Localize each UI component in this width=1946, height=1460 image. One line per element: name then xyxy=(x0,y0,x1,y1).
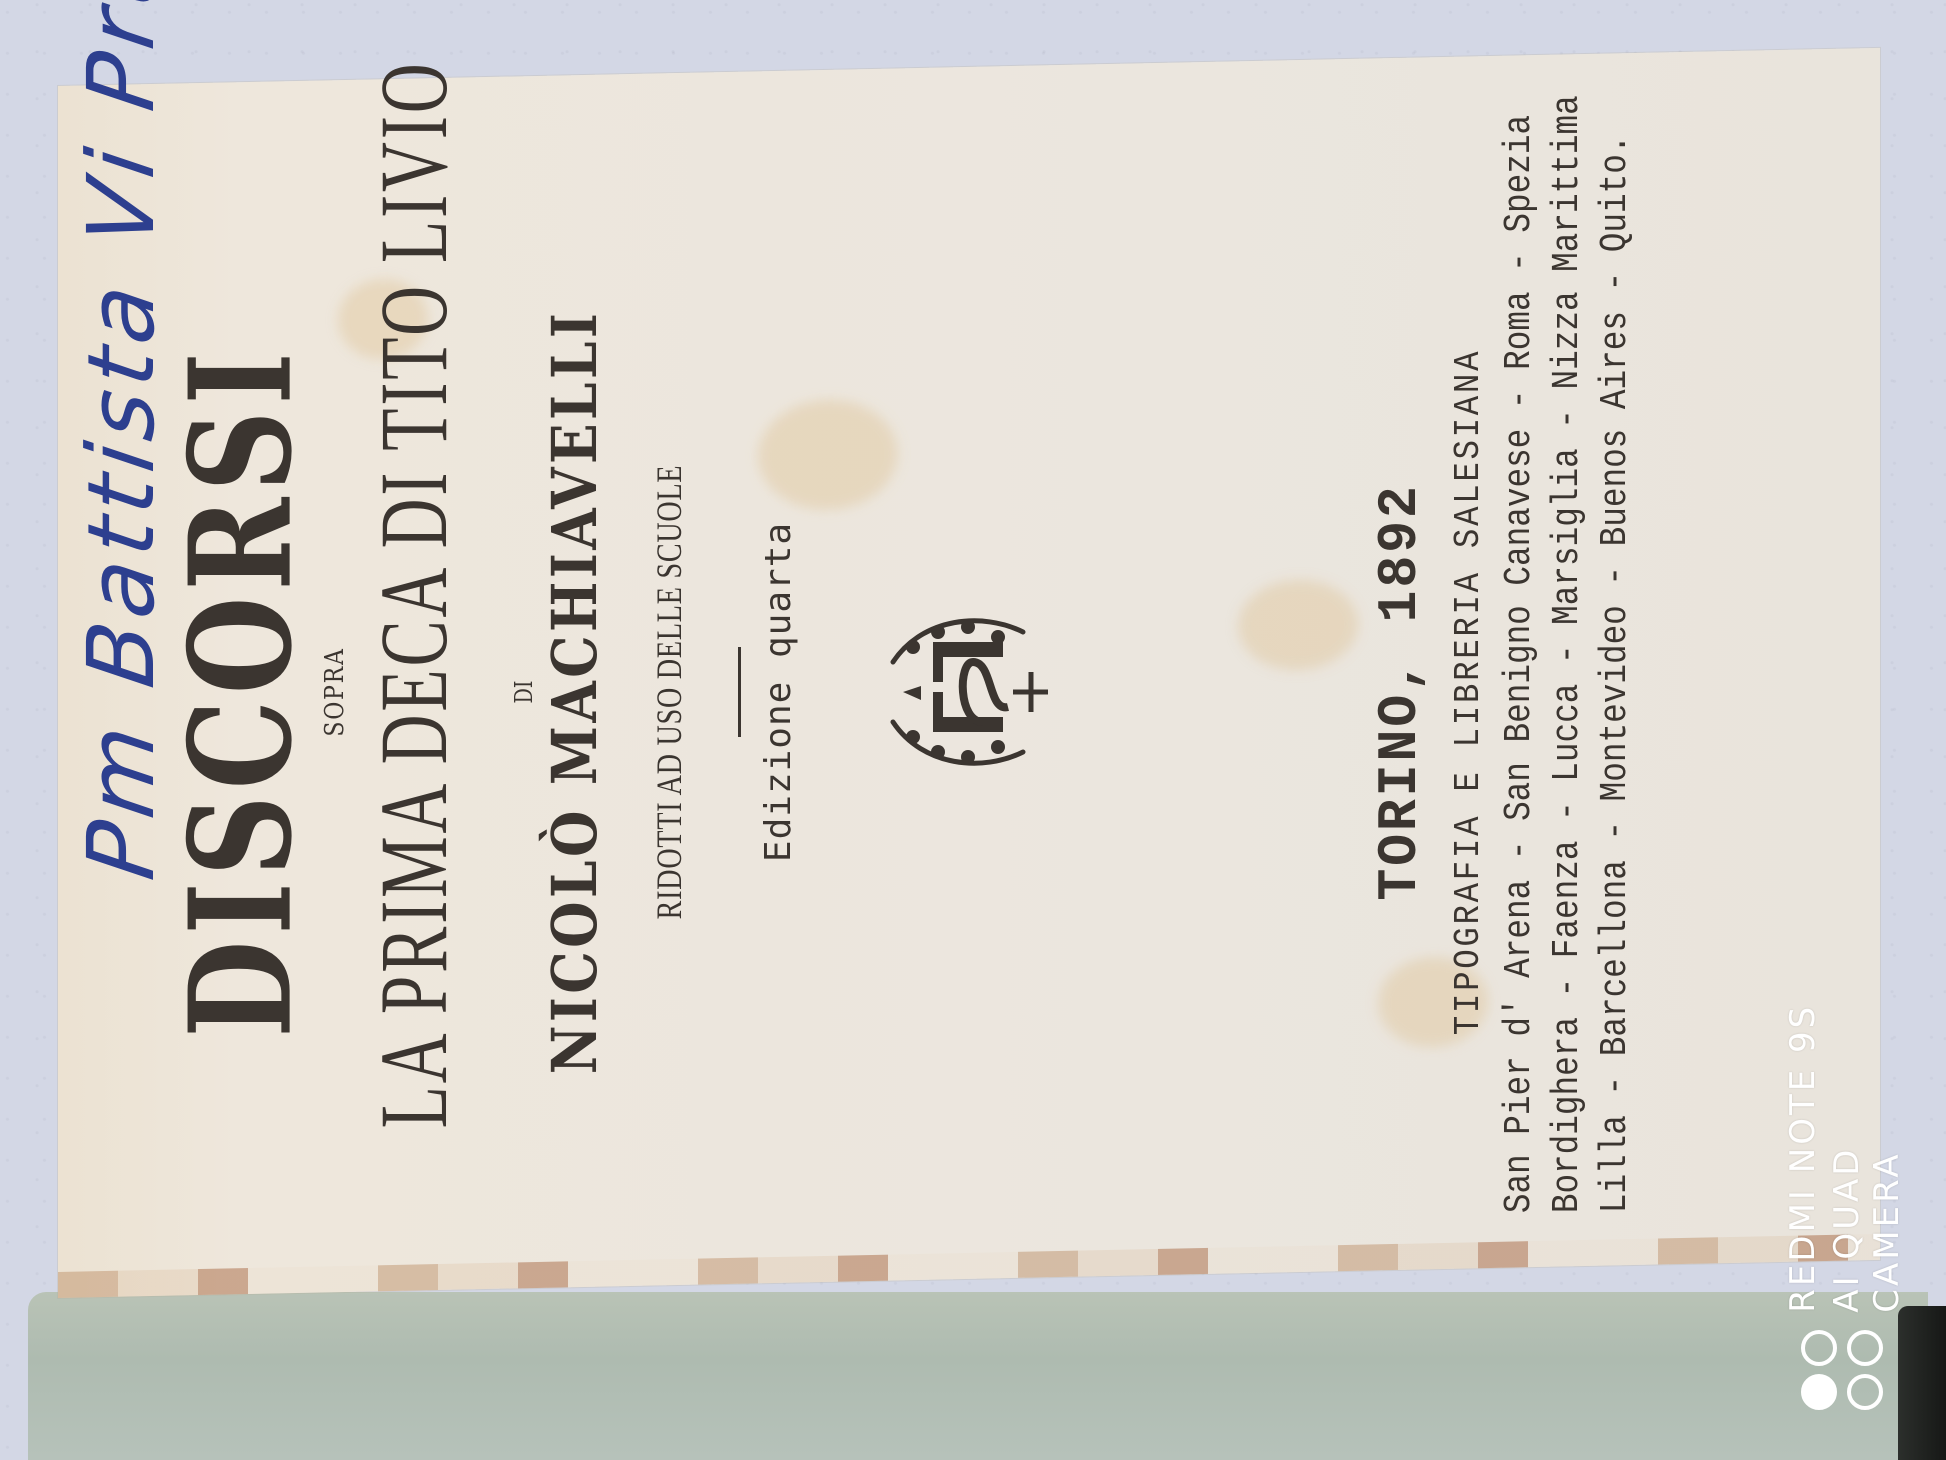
divider-rule xyxy=(738,647,741,737)
watermark-camera: AI QUAD CAMERA xyxy=(1827,990,1907,1313)
book-subtitle: LA PRIMA DECA DI TITO LIVIO xyxy=(358,256,469,1129)
camera-watermark: REDMI NOTE 9S AI QUAD CAMERA xyxy=(1790,990,1900,1410)
book-title: DISCORSI xyxy=(160,86,324,1298)
book-spine-edge xyxy=(1898,1306,1946,1460)
edition-description: RIDOTTI AD USO DELLE SCUOLE xyxy=(648,219,690,1164)
salesian-monogram-emblem-icon xyxy=(863,592,1063,792)
by-label: DI xyxy=(510,207,538,1177)
edition-label: Edizione quarta xyxy=(758,86,799,1298)
quad-camera-logo-icon xyxy=(1795,1329,1895,1410)
title-connector: SOPRA xyxy=(320,177,350,1207)
imprint-place-year: TORINO, 1892 xyxy=(1368,116,1432,1267)
author-name: NICOLÒ MACHIAVELLI xyxy=(538,171,611,1213)
publisher-cities-line: Bordighera - Faenza - Lucca - Marsiglia … xyxy=(1546,171,1589,1213)
publisher-cities-line: San Pier d' Arena - San Benigno Canavese… xyxy=(1498,171,1541,1213)
publisher-cities-line: Lilla - Barcellona - Montevideo - Buenos… xyxy=(1594,171,1637,1213)
watermark-device: REDMI NOTE 9S xyxy=(1783,990,1823,1313)
title-page-text: Pm Battista Vi Pruno DISCORSI SOPRA LA P… xyxy=(58,86,1880,1298)
book-cover-green xyxy=(28,1292,1928,1460)
publisher-name: TIPOGRAFIA E LIBRERIA SALESIANA xyxy=(1448,147,1489,1238)
